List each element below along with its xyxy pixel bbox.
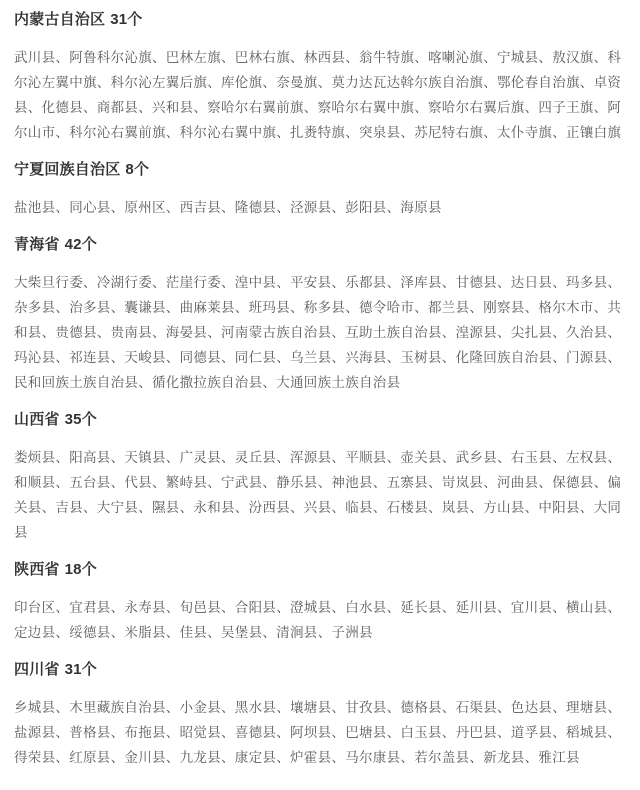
region-heading: 宁夏回族自治区8个 [14, 160, 626, 180]
region-count: 42个 [65, 236, 97, 253]
region-name: 青海省 [14, 236, 60, 253]
region-county-list: 武川县、阿鲁科尔沁旗、巴林左旗、巴林右旗、林西县、翁牛特旗、喀喇沁旗、宁城县、敖… [14, 45, 626, 145]
region-heading: 四川省31个 [14, 660, 626, 680]
region-heading: 内蒙古自治区31个 [14, 10, 626, 30]
region-county-list: 盐池县、同心县、原州区、西吉县、隆德县、泾源县、彭阳县、海原县 [14, 195, 626, 220]
region-heading: 山西省35个 [14, 410, 626, 430]
region-county-list: 印台区、宜君县、永寿县、旬邑县、合阳县、澄城县、白水县、延长县、延川县、宜川县、… [14, 595, 626, 645]
region-name: 宁夏回族自治区 [14, 161, 120, 178]
region-count: 31个 [65, 661, 97, 678]
region-name: 四川省 [14, 661, 60, 678]
region-county-list: 大柴旦行委、冷湖行委、茫崖行委、湟中县、平安县、乐都县、泽库县、甘德县、达日县、… [14, 270, 626, 395]
region-section: 山西省35个 娄烦县、阳高县、天镇县、广灵县、灵丘县、浑源县、平顺县、壶关县、武… [14, 410, 626, 545]
region-section: 陕西省18个 印台区、宜君县、永寿县、旬邑县、合阳县、澄城县、白水县、延长县、延… [14, 560, 626, 645]
region-section: 内蒙古自治区31个 武川县、阿鲁科尔沁旗、巴林左旗、巴林右旗、林西县、翁牛特旗、… [14, 10, 626, 145]
region-count: 35个 [65, 411, 97, 428]
region-name: 陕西省 [14, 561, 60, 578]
region-count: 8个 [125, 161, 149, 178]
region-county-list: 娄烦县、阳高县、天镇县、广灵县、灵丘县、浑源县、平顺县、壶关县、武乡县、右玉县、… [14, 445, 626, 545]
region-section: 四川省31个 乡城县、木里藏族自治县、小金县、黑水县、壤塘县、甘孜县、德格县、石… [14, 660, 626, 770]
document: 内蒙古自治区31个 武川县、阿鲁科尔沁旗、巴林左旗、巴林右旗、林西县、翁牛特旗、… [0, 0, 640, 790]
region-name: 山西省 [14, 411, 60, 428]
region-count: 31个 [110, 11, 142, 28]
region-heading: 青海省42个 [14, 235, 626, 255]
region-section: 青海省42个 大柴旦行委、冷湖行委、茫崖行委、湟中县、平安县、乐都县、泽库县、甘… [14, 235, 626, 395]
region-section: 宁夏回族自治区8个 盐池县、同心县、原州区、西吉县、隆德县、泾源县、彭阳县、海原… [14, 160, 626, 220]
region-county-list: 乡城县、木里藏族自治县、小金县、黑水县、壤塘县、甘孜县、德格县、石渠县、色达县、… [14, 695, 626, 770]
region-heading: 陕西省18个 [14, 560, 626, 580]
page: { "separator": "、", "sections": [ { "nam… [0, 0, 640, 790]
region-count: 18个 [65, 561, 97, 578]
region-name: 内蒙古自治区 [14, 11, 105, 28]
